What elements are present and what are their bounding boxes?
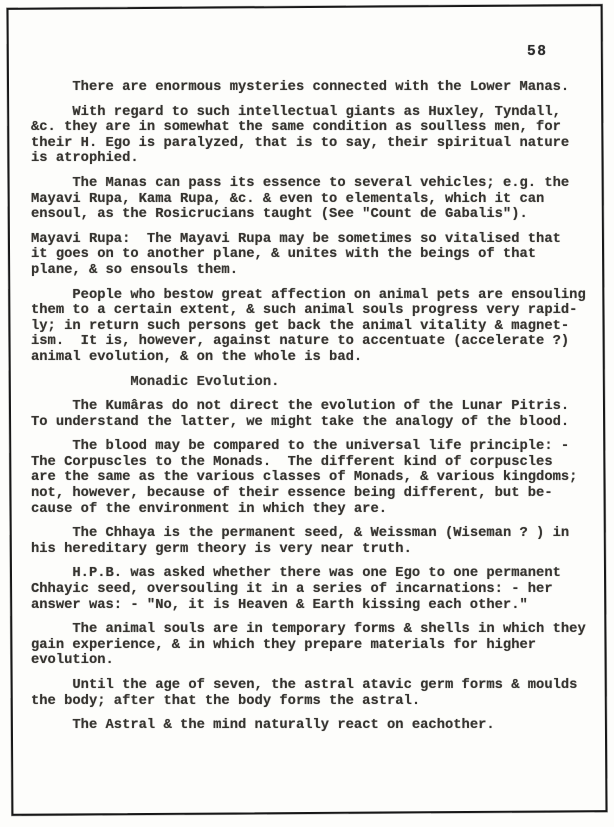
paragraph-animal-pets: People who bestow great affection on ani…: [31, 288, 593, 366]
paragraph-animal-souls: The animal souls are in temporary forms …: [31, 622, 593, 669]
paragraph-hpb-answer: H.P.B. was asked whether there was one E…: [31, 566, 593, 613]
page-number: 58: [527, 44, 547, 60]
page-text-body: There are enormous mysteries connected w…: [31, 80, 593, 743]
section-heading-monadic-evolution: Monadic Evolution.: [31, 375, 593, 391]
paragraph-age-of-seven: Until the age of seven, the astral atavi…: [31, 678, 593, 709]
scanned-document-page: 58 There are enormous mysteries connecte…: [0, 0, 614, 827]
paragraph-kumaras: The Kumâras do not direct the evolution …: [31, 399, 593, 430]
paragraph-astral-mind: The Astral & the mind naturally react on…: [31, 718, 593, 734]
paragraph-manas-essence: The Manas can pass its essence to severa…: [31, 176, 593, 223]
paragraph-chhaya-seed: The Chhaya is the permanent seed, & Weis…: [31, 526, 593, 557]
paragraph-lower-manas: There are enormous mysteries connected w…: [31, 80, 593, 96]
paragraph-blood-analogy: The blood may be compared to the univers…: [31, 439, 593, 517]
paragraph-intellectual-giants: With regard to such intellectual giants …: [31, 105, 593, 167]
paragraph-mayavi-rupa: Mayavi Rupa: The Mayavi Rupa may be some…: [31, 232, 593, 279]
